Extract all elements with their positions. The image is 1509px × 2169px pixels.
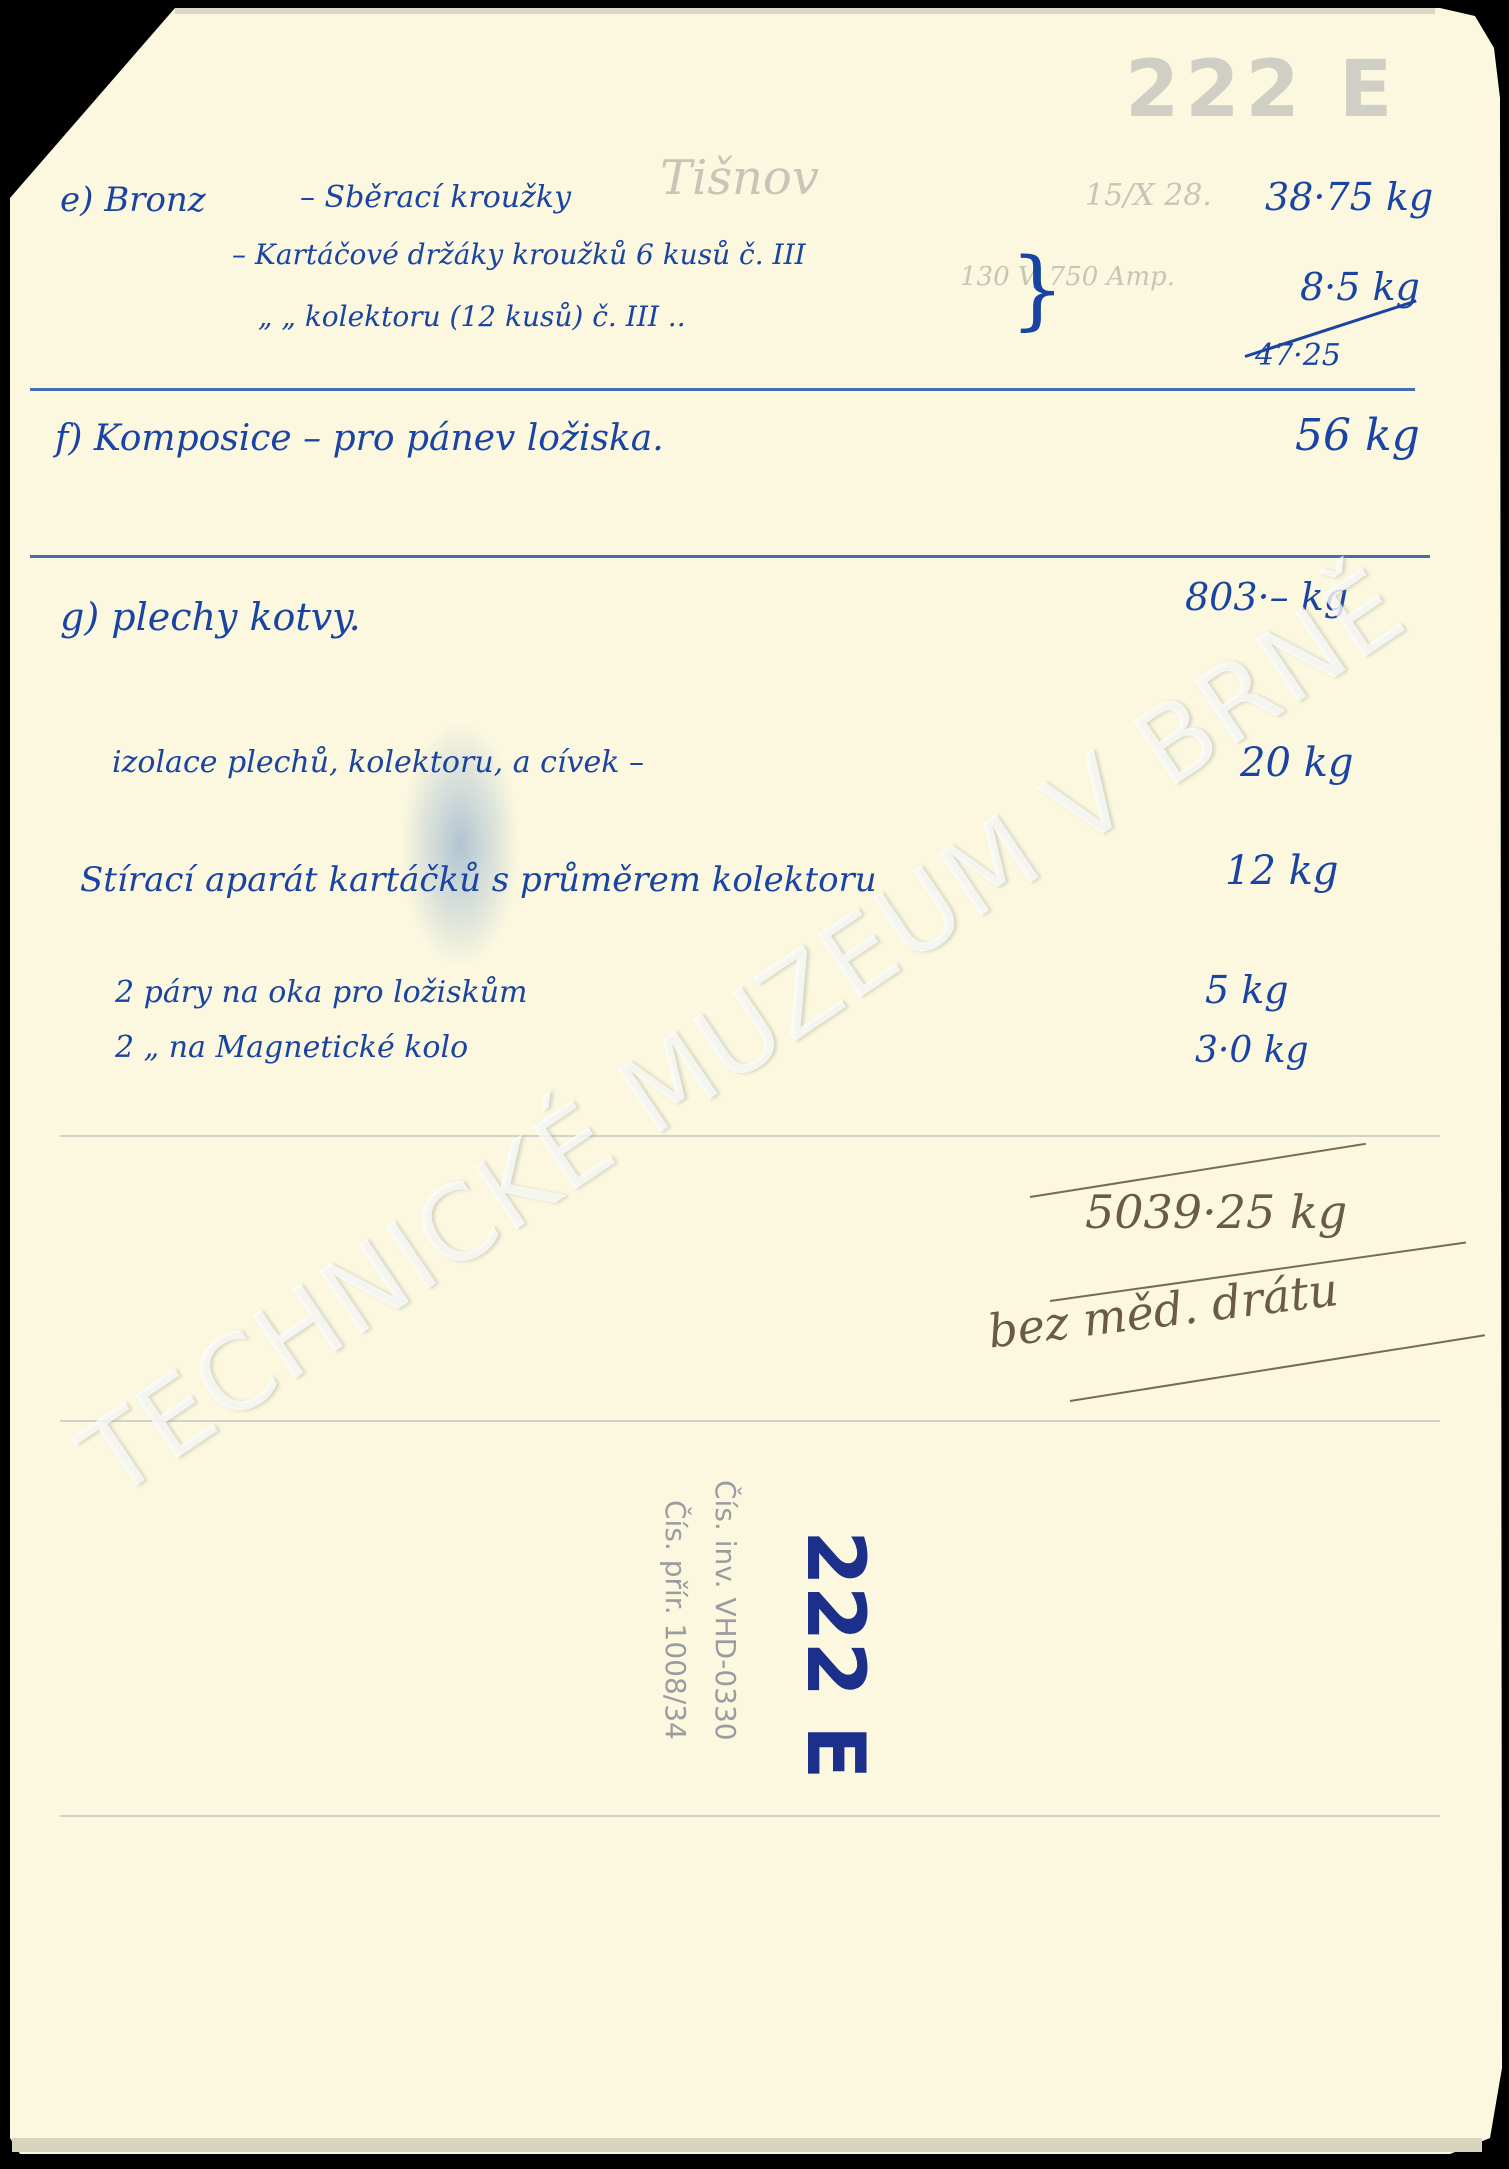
section-g-label: g) plechy kotvy. (60, 595, 361, 639)
item-magneticke-value: 3·0 kg (1195, 1030, 1309, 1071)
faint-date: 15/X 28. (1085, 178, 1212, 213)
section-e-value1: 38·75 kg (1265, 175, 1433, 219)
item-stiraci-value: 12 kg (1225, 848, 1338, 894)
section-divider (30, 388, 1415, 391)
section-e-value2: 8·5 kg (1300, 265, 1420, 309)
page-top-edge (175, 8, 1435, 14)
section-e-line1: – Sběrací kroužky (300, 180, 571, 215)
faint-divider (60, 1135, 1440, 1137)
faint-divider (60, 1815, 1440, 1817)
item-magneticke-kolo: 2 „ na Magnetické kolo (115, 1030, 468, 1065)
stamp-header: 222 E (1125, 45, 1398, 135)
brace-icon: } (1010, 240, 1065, 340)
section-e-label: e) Bronz (60, 180, 206, 220)
item-pary-ložiska: 2 páry na oka pro ložiskům (115, 975, 528, 1010)
faint-amp-note: 130 V, 750 Amp. (960, 262, 1175, 292)
total-value: 5039·25 kg (1085, 1185, 1347, 1239)
section-e-subtotal: 47·25 (1255, 338, 1341, 373)
item-stiraci-aparat: Stírací aparát kartáčků s průměrem kolek… (80, 860, 877, 900)
inventory-number: Čís. inv. VHD-0330 (709, 1480, 742, 1741)
section-f-label: f) Komposice – pro pánev ložiska. (55, 418, 664, 459)
item-izolace: izolace plechů, kolektoru, a cívek – (112, 745, 644, 780)
section-f-value: 56 kg (1295, 410, 1420, 461)
stamp-rotated: 222 E (789, 1530, 882, 1780)
accession-number: Čís. přír. 1008/34 (659, 1500, 692, 1740)
section-e-line3: „ „ kolektoru (12 kusů) č. III .. (258, 300, 686, 333)
section-e-line2: – Kartáčové držáky kroužků 6 kusů č. III (232, 238, 806, 271)
item-pary-value: 5 kg (1205, 968, 1289, 1012)
perforated-edge (6, 200, 16, 2150)
section-divider (30, 555, 1430, 558)
page-bottom-edge (12, 2138, 1482, 2152)
faint-place: Tišnov (660, 150, 819, 206)
